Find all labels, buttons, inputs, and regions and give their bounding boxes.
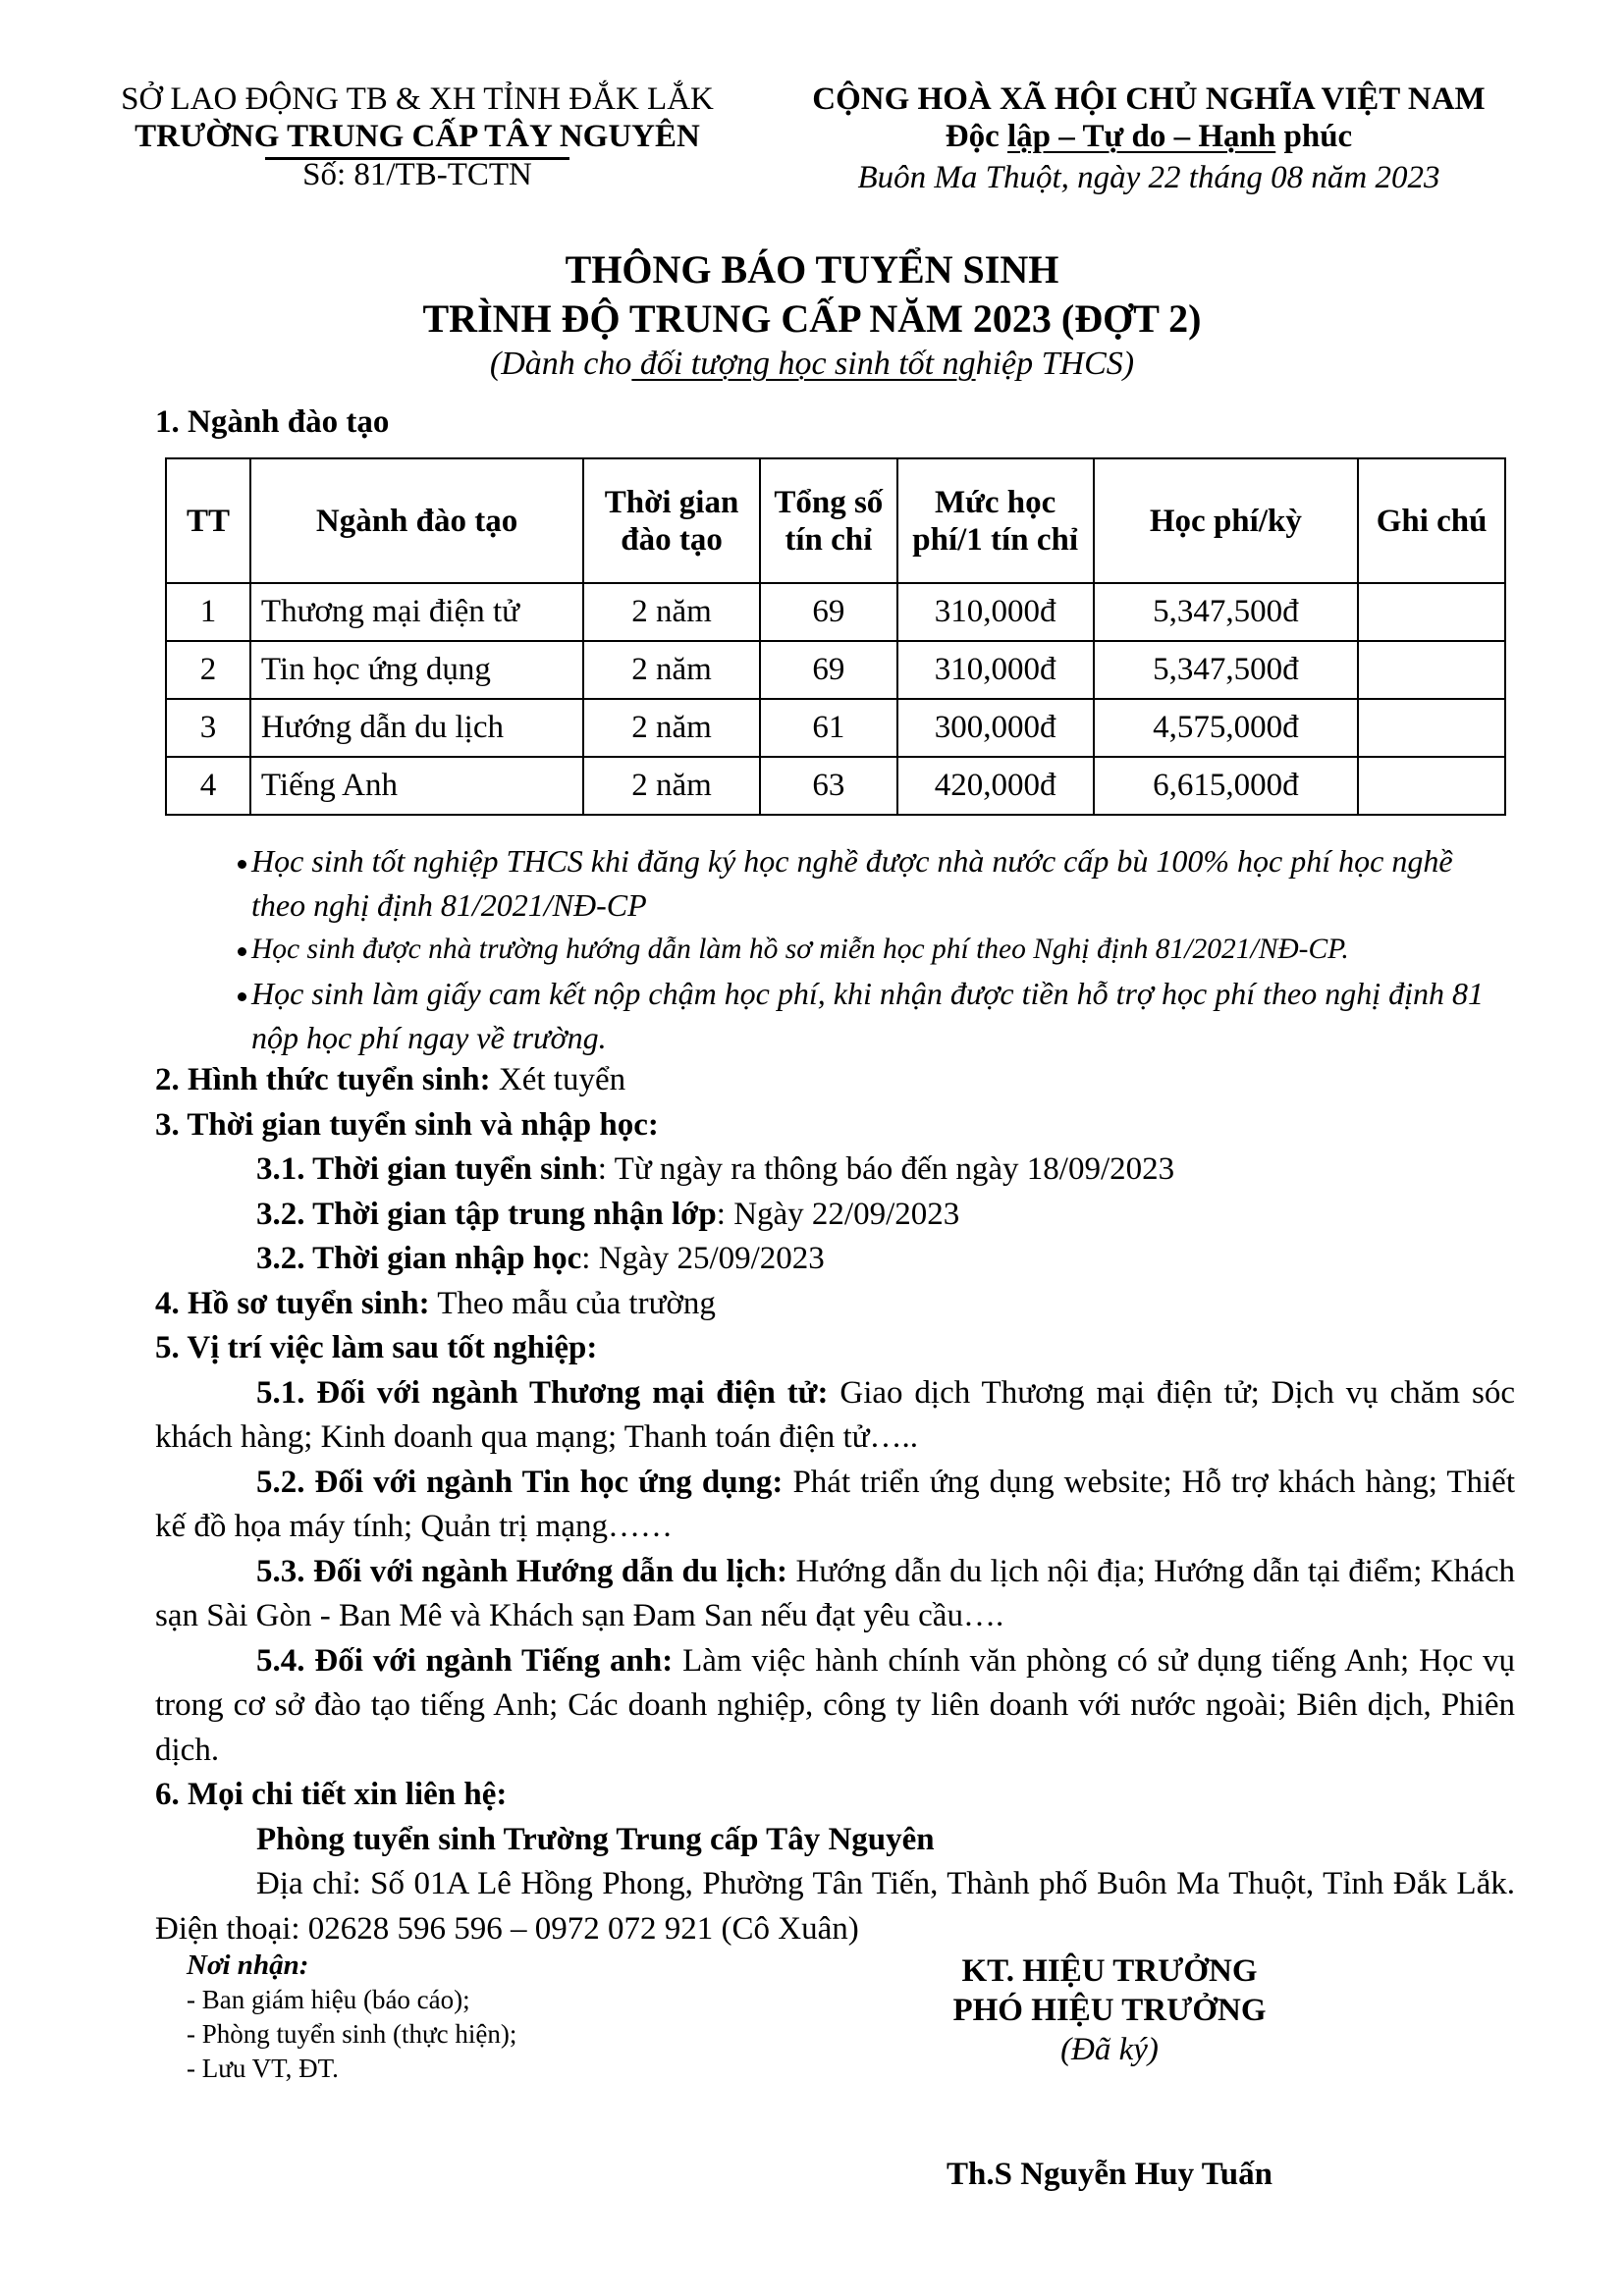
cell-duration: 2 năm <box>583 757 760 815</box>
col-header-major: Ngành đào tạo <box>250 458 583 583</box>
signer-name: Th.S Nguyễn Huy Tuấn <box>884 2157 1335 2193</box>
item-label: 3.2. Thời gian tập trung nhận lớp <box>256 1197 717 1232</box>
subtitle-part: hiệp THCS) <box>976 346 1135 382</box>
section-5-item: 5.3. Đối với ngành Hướng dẫn du lịch: Hư… <box>155 1550 1515 1639</box>
item-label: 3.1. Thời gian tuyển sinh <box>256 1151 598 1187</box>
cell-major: Thương mại điện tử <box>250 583 583 641</box>
col-header-tt: TT <box>166 458 250 583</box>
section-3-item: 3.2. Thời gian nhập học: Ngày 25/09/2023 <box>155 1237 1515 1282</box>
col-header-fee-per-credit: Mức học phí/1 tín chỉ <box>897 458 1094 583</box>
subtitle: (Dành cho đối tượng học sinh tốt nghiệp … <box>0 344 1624 385</box>
item-value: : Ngày 22/09/2023 <box>717 1197 959 1232</box>
item-value: : Ngày 25/09/2023 <box>581 1241 824 1276</box>
table-row: 3 Hướng dẫn du lịch 2 năm 61 300,000đ 4,… <box>166 699 1505 757</box>
contact-office: Phòng tuyển sinh Trường Trung cấp Tây Ng… <box>155 1818 1515 1863</box>
section-2-value: Xét tuyển <box>491 1062 625 1097</box>
cell-credits: 61 <box>760 699 897 757</box>
national-motto: Độc lập – Tự do – Hạnh phúc <box>766 118 1532 155</box>
table-row: 1 Thương mại điện tử 2 năm 69 310,000đ 5… <box>166 583 1505 641</box>
section-4: 4. Hồ sơ tuyển sinh: Theo mẫu của trường <box>155 1282 1515 1327</box>
note-item: Học sinh tốt nghiệp THCS khi đăng ký học… <box>238 839 1514 928</box>
item-label: 5.4. Đối với ngành Tiếng anh: <box>256 1643 673 1679</box>
section-3-item: 3.2. Thời gian tập trung nhận lớp: Ngày … <box>155 1193 1515 1238</box>
national-header-block: CỘNG HOÀ XÃ HỘI CHỦ NGHĨA VIỆT NAM Độc l… <box>766 80 1532 196</box>
cell-notes <box>1358 757 1505 815</box>
cell-tt: 1 <box>166 583 250 641</box>
cell-tt: 3 <box>166 699 250 757</box>
col-header-fee-per-term: Học phí/kỳ <box>1094 458 1359 583</box>
bullet-icon <box>238 947 246 956</box>
cell-notes <box>1358 699 1505 757</box>
agency-name: SỞ LAO ĐỘNG TB & XH TỈNH ĐẮK LẮK <box>93 80 741 118</box>
issuing-agency-block: SỞ LAO ĐỘNG TB & XH TỈNH ĐẮK LẮK TRƯỜNG … <box>93 80 741 193</box>
cell-fee-per-term: 5,347,500đ <box>1094 583 1359 641</box>
cell-duration: 2 năm <box>583 699 760 757</box>
cell-notes <box>1358 583 1505 641</box>
notice-body: 2. Hình thức tuyển sinh: Xét tuyển 3. Th… <box>155 1058 1515 1951</box>
document-title-block: THÔNG BÁO TUYỂN SINH TRÌNH ĐỘ TRUNG CẤP … <box>0 245 1624 385</box>
section-2: 2. Hình thức tuyển sinh: Xét tuyển <box>155 1058 1515 1103</box>
title-line-2: TRÌNH ĐỘ TRUNG CẤP NĂM 2023 (ĐỢT 2) <box>0 294 1624 344</box>
item-label: 5.2. Đối với ngành Tin học ứng dụng: <box>256 1465 783 1500</box>
table-header-row: TT Ngành đào tạo Thời gian đào tạo Tổng … <box>166 458 1505 583</box>
cell-fee-per-credit: 420,000đ <box>897 757 1094 815</box>
bullet-icon <box>238 992 246 1001</box>
contact-address: Địa chỉ: Số 01A Lê Hồng Phong, Phường Tâ… <box>155 1862 1515 1951</box>
section-3-heading: 3. Thời gian tuyển sinh và nhập học: <box>155 1103 1515 1148</box>
col-header-credits: Tổng số tín chỉ <box>760 458 897 583</box>
cell-fee-per-term: 6,615,000đ <box>1094 757 1359 815</box>
recipient-item: - Phòng tuyển sinh (thực hiện); <box>187 2017 516 2052</box>
section-2-label: 2. Hình thức tuyển sinh: <box>155 1062 491 1097</box>
motto-part-underlined: lập – Tự do – Hạnh <box>1007 119 1275 154</box>
cell-fee-per-term: 4,575,000đ <box>1094 699 1359 757</box>
cell-notes <box>1358 641 1505 699</box>
section-1-heading: 1. Ngành đào tạo <box>155 404 389 441</box>
note-text: Học sinh tốt nghiệp THCS khi đăng ký học… <box>251 843 1453 923</box>
cell-fee-per-credit: 300,000đ <box>897 699 1094 757</box>
title-line-1: THÔNG BÁO TUYỂN SINH <box>0 245 1624 294</box>
table-row: 4 Tiếng Anh 2 năm 63 420,000đ 6,615,000đ <box>166 757 1505 815</box>
subtitle-part-underlined: đối tượng học sinh tốt ng <box>631 346 975 382</box>
cell-major: Tiếng Anh <box>250 757 583 815</box>
tuition-notes: Học sinh tốt nghiệp THCS khi đăng ký học… <box>238 839 1514 1060</box>
item-label: 5.3. Đối với ngành Hướng dẫn du lịch: <box>256 1554 787 1589</box>
motto-part: phúc <box>1275 119 1352 154</box>
place-date: Buôn Ma Thuột, ngày 22 tháng 08 năm 2023 <box>766 159 1532 196</box>
cell-tt: 4 <box>166 757 250 815</box>
cell-tt: 2 <box>166 641 250 699</box>
col-header-duration: Thời gian đào tạo <box>583 458 760 583</box>
note-item: Học sinh được nhà trường hướng dẫn làm h… <box>238 928 1514 972</box>
item-label: 5.1. Đối với ngành Thương mại điện tử: <box>256 1375 828 1411</box>
cell-fee-per-credit: 310,000đ <box>897 583 1094 641</box>
signature-block: KT. HIỆU TRƯỞNG PHÓ HIỆU TRƯỞNG (Đã ký) <box>884 1951 1335 2069</box>
cell-duration: 2 năm <box>583 641 760 699</box>
note-item: Học sinh làm giấy cam kết nộp chậm học p… <box>238 972 1514 1060</box>
cell-fee-per-credit: 310,000đ <box>897 641 1094 699</box>
item-value: : Từ ngày ra thông báo đến ngày 18/09/20… <box>598 1151 1174 1187</box>
majors-table: TT Ngành đào tạo Thời gian đào tạo Tổng … <box>165 457 1506 816</box>
signed-note: (Đã ký) <box>884 2030 1335 2069</box>
table-row: 2 Tin học ứng dụng 2 năm 69 310,000đ 5,3… <box>166 641 1505 699</box>
cell-credits: 63 <box>760 757 897 815</box>
recipient-item: - Lưu VT, ĐT. <box>187 2052 516 2086</box>
cell-fee-per-term: 5,347,500đ <box>1094 641 1359 699</box>
bullet-icon <box>238 860 246 869</box>
section-4-label: 4. Hồ sơ tuyển sinh: <box>155 1286 430 1321</box>
section-5-heading: 5. Vị trí việc làm sau tốt nghiệp: <box>155 1326 1515 1371</box>
recipients-label: Nơi nhận: <box>187 1949 516 1983</box>
motto-part: Độc <box>946 119 1007 154</box>
sign-title-2: PHÓ HIỆU TRƯỞNG <box>884 1991 1335 2030</box>
section-6-heading: 6. Mọi chi tiết xin liên hệ: <box>155 1773 1515 1818</box>
section-5-item: 5.2. Đối với ngành Tin học ứng dụng: Phá… <box>155 1461 1515 1550</box>
recipient-item: - Ban giám hiệu (báo cáo); <box>187 1983 516 2017</box>
note-text: Học sinh làm giấy cam kết nộp chậm học p… <box>251 976 1484 1055</box>
cell-credits: 69 <box>760 583 897 641</box>
item-label: 3.2. Thời gian nhập học <box>256 1241 581 1276</box>
subtitle-part: (Dành cho <box>490 346 631 382</box>
nation-name: CỘNG HOÀ XÃ HỘI CHỦ NGHĨA VIỆT NAM <box>766 80 1532 118</box>
school-name: TRƯỜNG TRUNG CẤP TÂY NGUYÊN <box>93 118 741 155</box>
section-3-item: 3.1. Thời gian tuyển sinh: Từ ngày ra th… <box>155 1148 1515 1193</box>
cell-major: Hướng dẫn du lịch <box>250 699 583 757</box>
section-5-item: 5.4. Đối với ngành Tiếng anh: Làm việc h… <box>155 1639 1515 1774</box>
cell-credits: 69 <box>760 641 897 699</box>
section-5-item: 5.1. Đối với ngành Thương mại điện tử: G… <box>155 1371 1515 1461</box>
section-4-value: Theo mẫu của trường <box>430 1286 716 1321</box>
recipients-block: Nơi nhận: - Ban giám hiệu (báo cáo); - P… <box>187 1949 516 2086</box>
document-number: Số: 81/TB-TCTN <box>93 156 741 193</box>
sign-title-1: KT. HIỆU TRƯỞNG <box>884 1951 1335 1991</box>
cell-duration: 2 năm <box>583 583 760 641</box>
col-header-notes: Ghi chú <box>1358 458 1505 583</box>
cell-major: Tin học ứng dụng <box>250 641 583 699</box>
note-text: Học sinh được nhà trường hướng dẫn làm h… <box>251 934 1349 965</box>
